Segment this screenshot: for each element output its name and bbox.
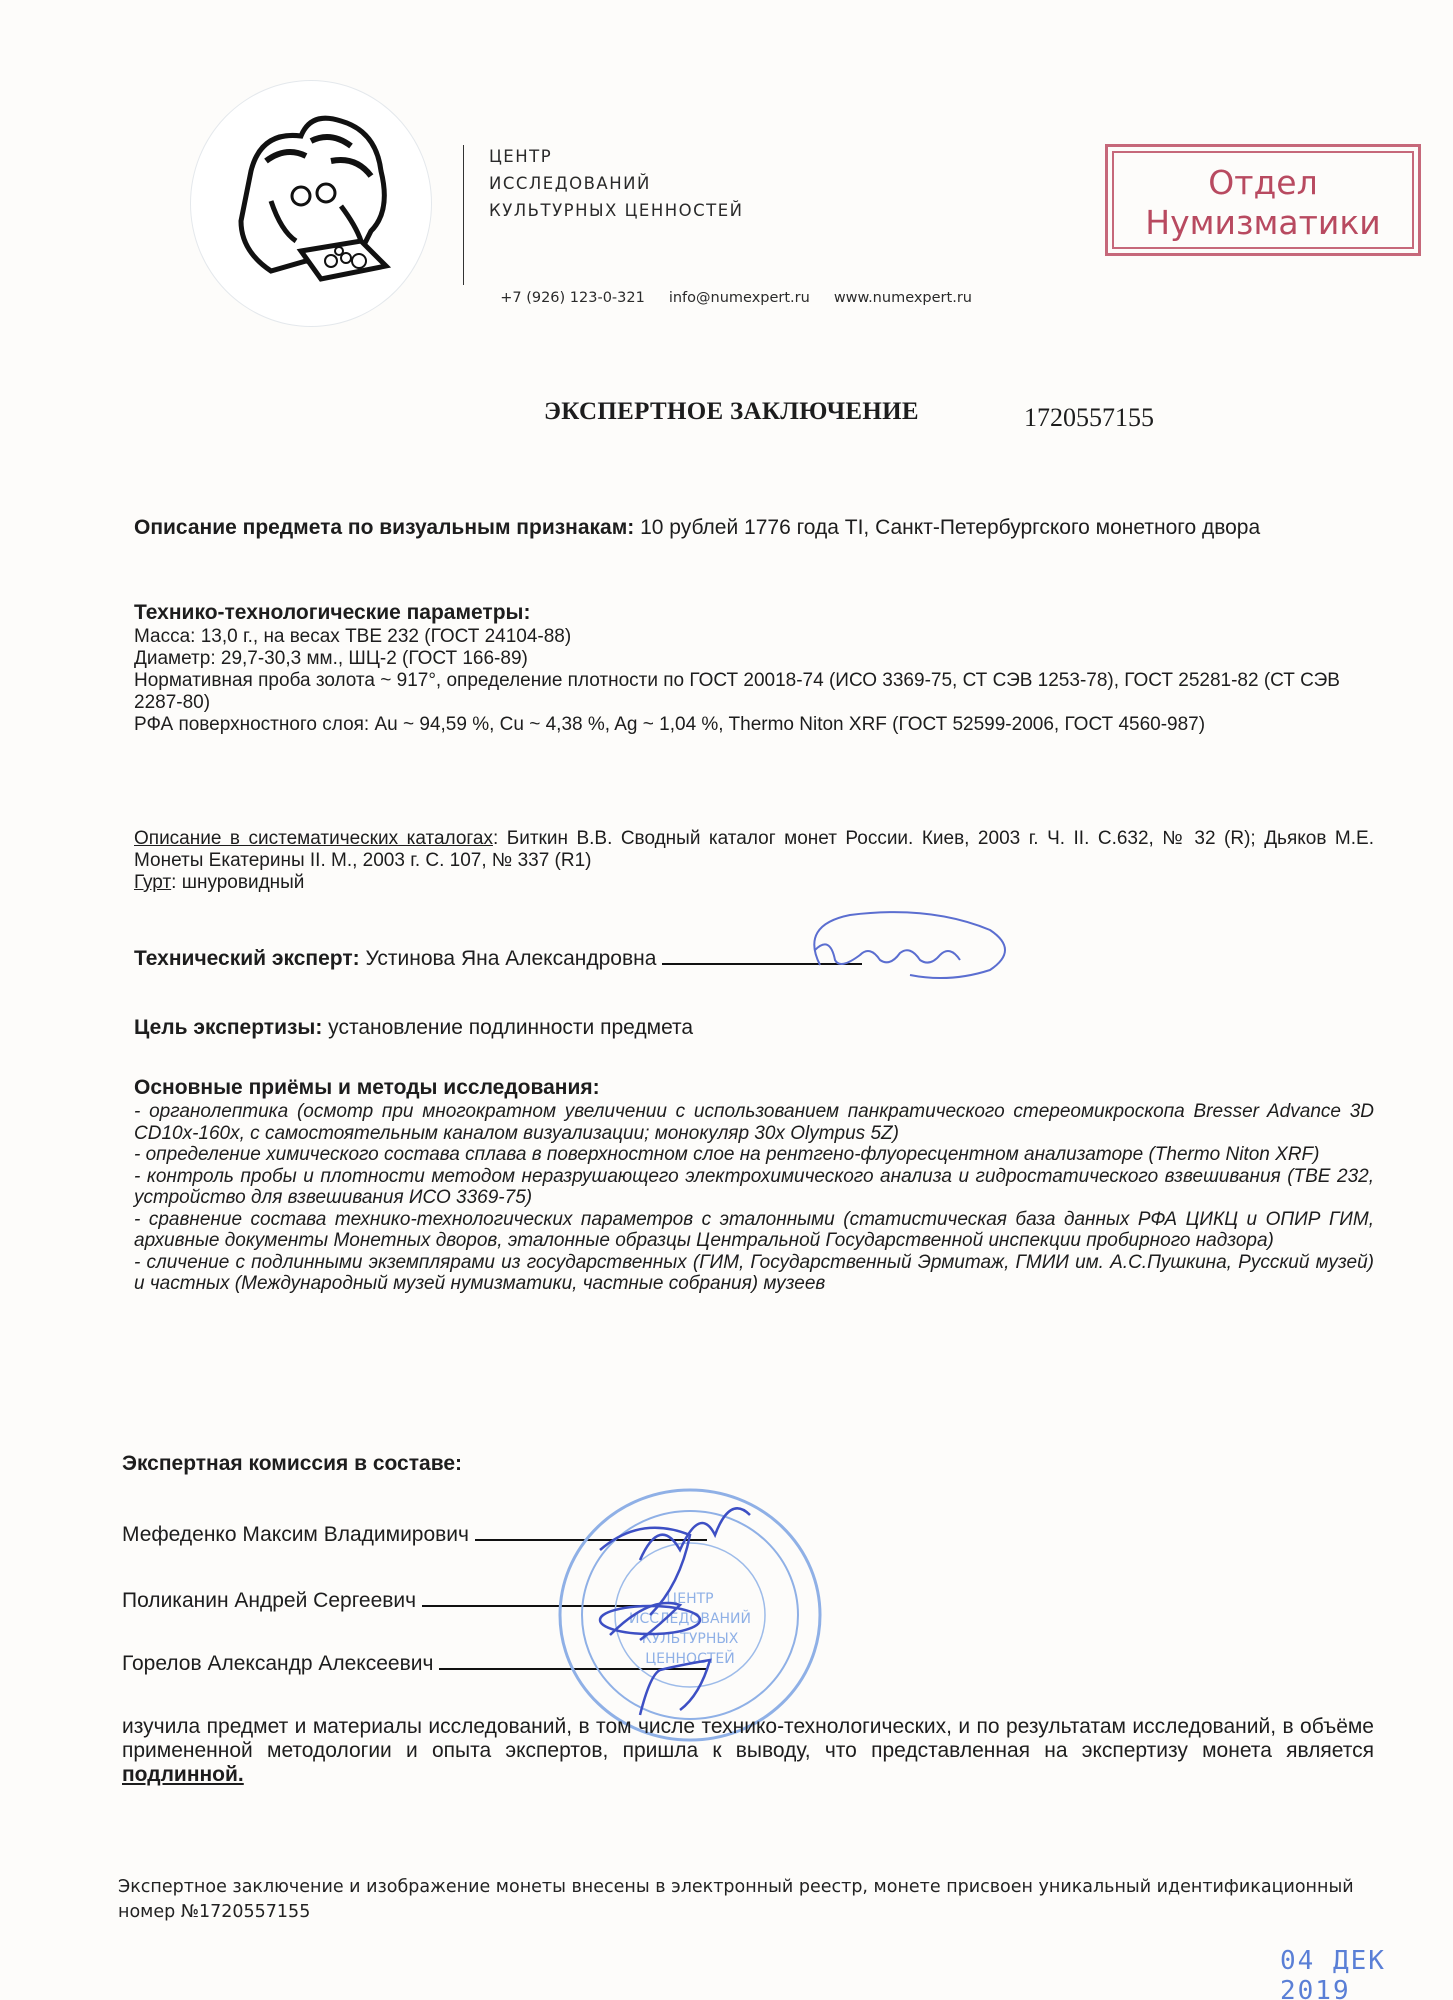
- method-item: - сличение с подлинными экземплярами из …: [134, 1252, 1374, 1295]
- description-value: 10 рублей 1776 года TI, Санкт-Петербургс…: [634, 516, 1260, 539]
- email-link[interactable]: info@numexpert.ru: [669, 290, 810, 306]
- edge-value: : шнуровидный: [171, 872, 304, 893]
- goal-value: установление подлинности предмета: [322, 1016, 693, 1039]
- param-diameter: Диаметр: 29,7-30,3 мм., ШЦ-2 (ГОСТ 166-8…: [134, 648, 1364, 670]
- goal-label: Цель экспертизы:: [134, 1016, 322, 1039]
- technical-expert: Технический эксперт: Устинова Яна Алекса…: [134, 946, 1374, 971]
- signature-gorelov: [640, 1660, 710, 1715]
- param-fineness: Нормативная проба золота ~ 917°, определ…: [134, 670, 1364, 714]
- verdict: подлинной.: [122, 1763, 244, 1786]
- catalogs-label: Описание в систематических каталогах: [134, 828, 493, 849]
- method-item: - сравнение состава технико-технологичес…: [134, 1209, 1374, 1252]
- technical-parameters: Технико-технологические параметры: Масса…: [134, 600, 1374, 736]
- organization-logo: [190, 80, 432, 327]
- contact-info: +7 (926) 123-0-321info@numexpert.ruwww.n…: [491, 274, 996, 306]
- research-methods: Основные приёмы и методы исследования: -…: [134, 1075, 1374, 1295]
- conclusion-text: изучила предмет и материалы исследований…: [122, 1715, 1374, 1762]
- website-link[interactable]: www.numexpert.ru: [834, 290, 972, 306]
- method-item: - определение химического состава сплава…: [134, 1144, 1374, 1166]
- tech-expert-name: Устинова Яна Александровна: [360, 947, 663, 970]
- method-item: - органолептика (осмотр при многократном…: [134, 1101, 1374, 1144]
- commission-heading: Экспертная комиссия в составе:: [122, 1451, 1362, 1476]
- expertise-goal: Цель экспертизы: установление подлинност…: [134, 1015, 1374, 1040]
- department-stamp: Отдел Нумизматики: [1105, 144, 1421, 256]
- document-number: 1720557155: [1024, 403, 1154, 433]
- document-title: ЭКСПЕРТНОЕ ЗАКЛЮЧЕНИЕ: [544, 398, 919, 426]
- conclusion: изучила предмет и материалы исследований…: [122, 1715, 1374, 1787]
- organization-name: ЦЕНТР ИССЛЕДОВАНИЙ КУЛЬТУРНЫХ ЦЕННОСТЕЙ: [489, 143, 744, 224]
- header-divider: [463, 145, 464, 285]
- method-item: - контроль пробы и плотности методом нер…: [134, 1166, 1374, 1209]
- experts-examining-coins-icon: [211, 101, 411, 301]
- edge-label: Гурт: [134, 872, 171, 893]
- param-mass: Масса: 13,0 г., на весах ТВЕ 232 (ГОСТ 2…: [134, 626, 1364, 648]
- tech-expert-signature: [790, 905, 1020, 985]
- item-description: Описание предмета по визуальным признака…: [134, 515, 1374, 540]
- phone-link[interactable]: +7 (926) 123-0-321: [500, 290, 645, 306]
- methods-heading: Основные приёмы и методы исследования:: [134, 1075, 1374, 1101]
- organization-seal: ЦЕНТР ИССЛЕДОВАНИЙ КУЛЬТУРНЫХ ЦЕННОСТЕЙ: [540, 1475, 830, 1755]
- tech-expert-label: Технический эксперт:: [134, 947, 360, 970]
- date-stamp: 04 ДЕК 2019: [1280, 1946, 1453, 2000]
- catalog-references: Описание в систематических каталогах: Би…: [134, 828, 1374, 894]
- description-label: Описание предмета по визуальным признака…: [134, 516, 634, 539]
- registry-note: Экспертное заключение и изображение моне…: [118, 1875, 1358, 1925]
- tech-params-heading: Технико-технологические параметры:: [134, 600, 1374, 626]
- param-xrf: РФА поверхностного слоя: Au ~ 94,59 %, C…: [134, 714, 1364, 736]
